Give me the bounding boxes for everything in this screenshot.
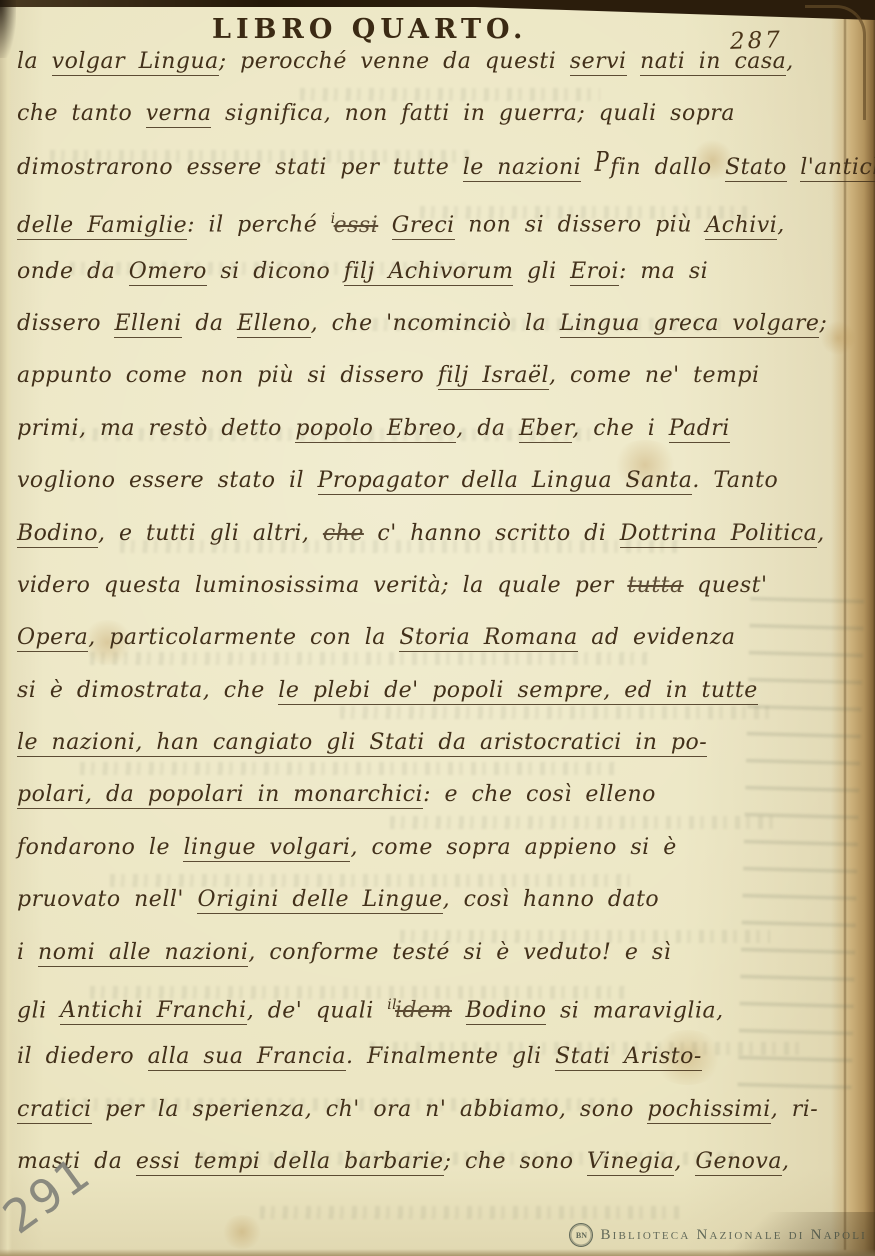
- text-segment: non si dissero più: [455, 213, 706, 238]
- text-segment: ; che sono: [444, 1149, 587, 1174]
- text-segment: le nazioni, han cangiato gli Stati da ar…: [17, 730, 707, 757]
- library-stamp: BN Biblioteca Nazionale di Napoli: [569, 1223, 867, 1247]
- manuscript-line: vogliono essere stato il Propagator dell…: [17, 455, 742, 507]
- library-stamp-label: Biblioteca Nazionale di Napoli: [600, 1227, 867, 1244]
- text-segment: essi: [334, 213, 379, 238]
- text-segment: alla sua Francia: [148, 1044, 346, 1071]
- text-segment: le nazioni: [463, 155, 581, 182]
- text-segment: Omero: [129, 259, 207, 286]
- text-segment: Genova: [695, 1149, 782, 1176]
- text-segment: Eber: [519, 416, 572, 443]
- text-segment: nomi alle nazioni: [38, 940, 248, 967]
- text-segment: il diedero: [17, 1044, 148, 1069]
- text-segment: c' hanno scritto di: [364, 521, 620, 546]
- text-segment: gli: [17, 998, 60, 1023]
- text-segment: : ma si: [619, 259, 708, 284]
- text-segment: , che 'ncominciò la: [311, 311, 560, 336]
- text-segment: Bodino: [17, 521, 98, 548]
- page-corner-top-left: [0, 0, 16, 58]
- text-segment: , conforme testé si è veduto! e sì: [248, 940, 671, 965]
- text-segment: , ri-: [771, 1097, 818, 1122]
- text-segment: videro questa luminosissima verità; la q…: [17, 573, 627, 598]
- manuscript-line: Bodino, e tutti gli altri, che c' hanno …: [17, 508, 742, 560]
- text-segment: volgar Lingua: [52, 49, 219, 76]
- text-segment: Antichi Franchi: [60, 998, 247, 1025]
- text-segment: appunto come non più si dissero: [17, 363, 438, 388]
- text-segment: pruovato nell': [17, 887, 197, 912]
- text-segment: [378, 213, 392, 238]
- manuscript-line: fondarono le lingue volgari, come sopra …: [17, 822, 742, 874]
- text-segment: : il perché: [187, 213, 331, 238]
- text-segment: Bodino: [466, 998, 547, 1025]
- page-edge-right: [831, 0, 875, 1256]
- text-segment: Storia Romana: [399, 625, 577, 652]
- text-segment: quest': [684, 573, 768, 598]
- text-segment: lingue volgari: [183, 835, 350, 862]
- manuscript-line: dimostrarono essere stati per tutte le n…: [17, 141, 742, 193]
- manuscript-line: cratici per la sperienza, ch' ora n' abb…: [17, 1084, 742, 1136]
- text-segment: Greci: [392, 213, 455, 240]
- manuscript-line: i nomi alle nazioni, conforme testé si è…: [17, 927, 742, 979]
- text-segment: [787, 155, 801, 180]
- text-segment: [627, 49, 641, 74]
- text-segment: si è dimostrata, che: [17, 678, 278, 703]
- text-segment: ,: [817, 521, 825, 546]
- text-segment: che: [323, 521, 364, 546]
- text-segment: ,: [786, 49, 794, 74]
- text-segment: Propagator della Lingua Santa: [318, 468, 693, 495]
- text-segment: si dicono: [207, 259, 344, 284]
- manuscript-line: polari, da popolari in monarchici: e che…: [17, 769, 742, 821]
- text-segment: Dottrina Politica: [620, 521, 817, 548]
- text-segment: polari, da popolari in monarchici: [17, 782, 423, 809]
- manuscript-line: masti da essi tempi della barbarie; che …: [17, 1136, 742, 1188]
- text-segment: , che i: [572, 416, 669, 441]
- text-segment: , particolarmente con la: [88, 625, 399, 650]
- text-segment: l'antiche: [800, 155, 875, 182]
- library-logo-icon: BN: [569, 1223, 593, 1247]
- text-segment: primi, ma restò detto: [17, 416, 295, 441]
- text-segment: dissero: [17, 311, 114, 336]
- text-segment: verna: [146, 101, 212, 128]
- text-segment: , come ne' tempi: [549, 363, 760, 388]
- manuscript-lines: la volgar Lingua; perocché venne da ques…: [17, 36, 742, 1189]
- text-segment: per la sperienza, ch' ora n' abbiamo, so…: [92, 1097, 648, 1122]
- text-segment: fondarono le: [17, 835, 183, 860]
- text-segment: significa, non fatti in guerra; quali so…: [211, 101, 734, 126]
- manuscript-line: Opera, particolarmente con la Storia Rom…: [17, 612, 742, 664]
- text-segment: ,: [674, 1149, 695, 1174]
- page-corner-top-right: [805, 5, 866, 120]
- manuscript-line: appunto come non più si dissero filj Isr…: [17, 350, 742, 402]
- text-segment: onde da: [17, 259, 129, 284]
- text-segment: , da: [456, 416, 519, 441]
- bleed-through-text: [260, 1206, 680, 1219]
- text-segment: Vinegia: [587, 1149, 674, 1176]
- text-segment: dimostrarono essere stati per tutte: [17, 155, 463, 180]
- text-segment: che tanto: [17, 101, 146, 126]
- page-crease: [844, 10, 846, 1250]
- text-segment: fin dallo: [610, 155, 725, 180]
- text-segment: : e che così elleno: [423, 782, 656, 807]
- manuscript-line: che tanto verna significa, non fatti in …: [17, 88, 742, 140]
- manuscript-line: gli Antichi Franchi, de' quali ilidem Bo…: [17, 979, 742, 1031]
- text-segment: gli: [513, 259, 570, 284]
- text-segment: Lingua greca volgare: [560, 311, 820, 338]
- text-segment: Eroi: [570, 259, 619, 286]
- manuscript-line: onde da Omero si dicono filj Achivorum g…: [17, 246, 742, 298]
- text-segment: Stato: [725, 155, 787, 182]
- text-segment: cratici: [17, 1097, 92, 1124]
- text-segment: Achivi: [705, 213, 777, 240]
- text-segment: idem: [395, 998, 452, 1023]
- text-segment: ad evidenza: [578, 625, 736, 650]
- manuscript-line: delle Famiglie: il perché iessi Greci no…: [17, 193, 742, 245]
- text-segment: pochissimi: [647, 1097, 770, 1124]
- text-segment: , così hanno dato: [443, 887, 660, 912]
- manuscript-line: le nazioni, han cangiato gli Stati da ar…: [17, 717, 742, 769]
- text-segment: le plebi de' popoli sempre, ed in tutte: [278, 678, 757, 705]
- page-edge-left: [0, 0, 12, 1256]
- text-segment: i: [17, 940, 38, 965]
- manuscript-line: il diedero alla sua Francia. Finalmente …: [17, 1031, 742, 1083]
- text-segment: Origini delle Lingue: [197, 887, 442, 914]
- text-segment: , de' quali: [247, 998, 388, 1023]
- text-segment: P: [595, 128, 610, 196]
- manuscript-page: LIBRO QUARTO. 287 la volgar Lingua; pero…: [0, 0, 875, 1256]
- text-segment: [452, 998, 466, 1023]
- text-segment: filj Achivorum: [344, 259, 514, 286]
- text-segment: , e tutti gli altri,: [98, 521, 323, 546]
- manuscript-line: la volgar Lingua; perocché venne da ques…: [17, 36, 742, 88]
- manuscript-line: primi, ma restò detto popolo Ebreo, da E…: [17, 403, 742, 455]
- text-segment: Stati Aristo-: [555, 1044, 702, 1071]
- text-segment: , come sopra appieno si è: [350, 835, 676, 860]
- manuscript-line: dissero Elleni da Elleno, che 'ncominciò…: [17, 298, 742, 350]
- text-segment: ,: [782, 1149, 790, 1174]
- manuscript-line: pruovato nell' Origini delle Lingue, cos…: [17, 874, 742, 926]
- text-segment: la: [17, 49, 52, 74]
- text-segment: popolo Ebreo: [295, 416, 456, 443]
- text-segment: Elleno: [237, 311, 311, 338]
- text-segment: [581, 155, 595, 180]
- text-segment: ; perocché venne da questi: [219, 49, 570, 74]
- text-segment: . Tanto: [692, 468, 778, 493]
- text-segment: delle Famiglie: [17, 213, 187, 240]
- text-segment: vogliono essere stato il: [17, 468, 318, 493]
- text-segment: tutta: [627, 573, 683, 598]
- text-segment: ,: [777, 213, 785, 238]
- text-segment: essi tempi della barbarie: [136, 1149, 444, 1176]
- text-segment: ;: [819, 311, 827, 336]
- logo-monogram: BN: [576, 1231, 587, 1240]
- manuscript-line: videro questa luminosissima verità; la q…: [17, 560, 742, 612]
- text-segment: Elleni: [114, 311, 181, 338]
- text-segment: filj Israël: [438, 363, 549, 390]
- manuscript-line: si è dimostrata, che le plebi de' popoli…: [17, 665, 742, 717]
- text-segment: Opera: [17, 625, 88, 652]
- text-segment: Padri: [669, 416, 730, 443]
- text-segment: servi: [570, 49, 627, 76]
- text-segment: da: [182, 311, 237, 336]
- paper-stain: [220, 1215, 264, 1249]
- text-segment: si maraviglia,: [546, 998, 723, 1023]
- text-segment: nati in casa: [640, 49, 786, 76]
- text-segment: . Finalmente gli: [346, 1044, 555, 1069]
